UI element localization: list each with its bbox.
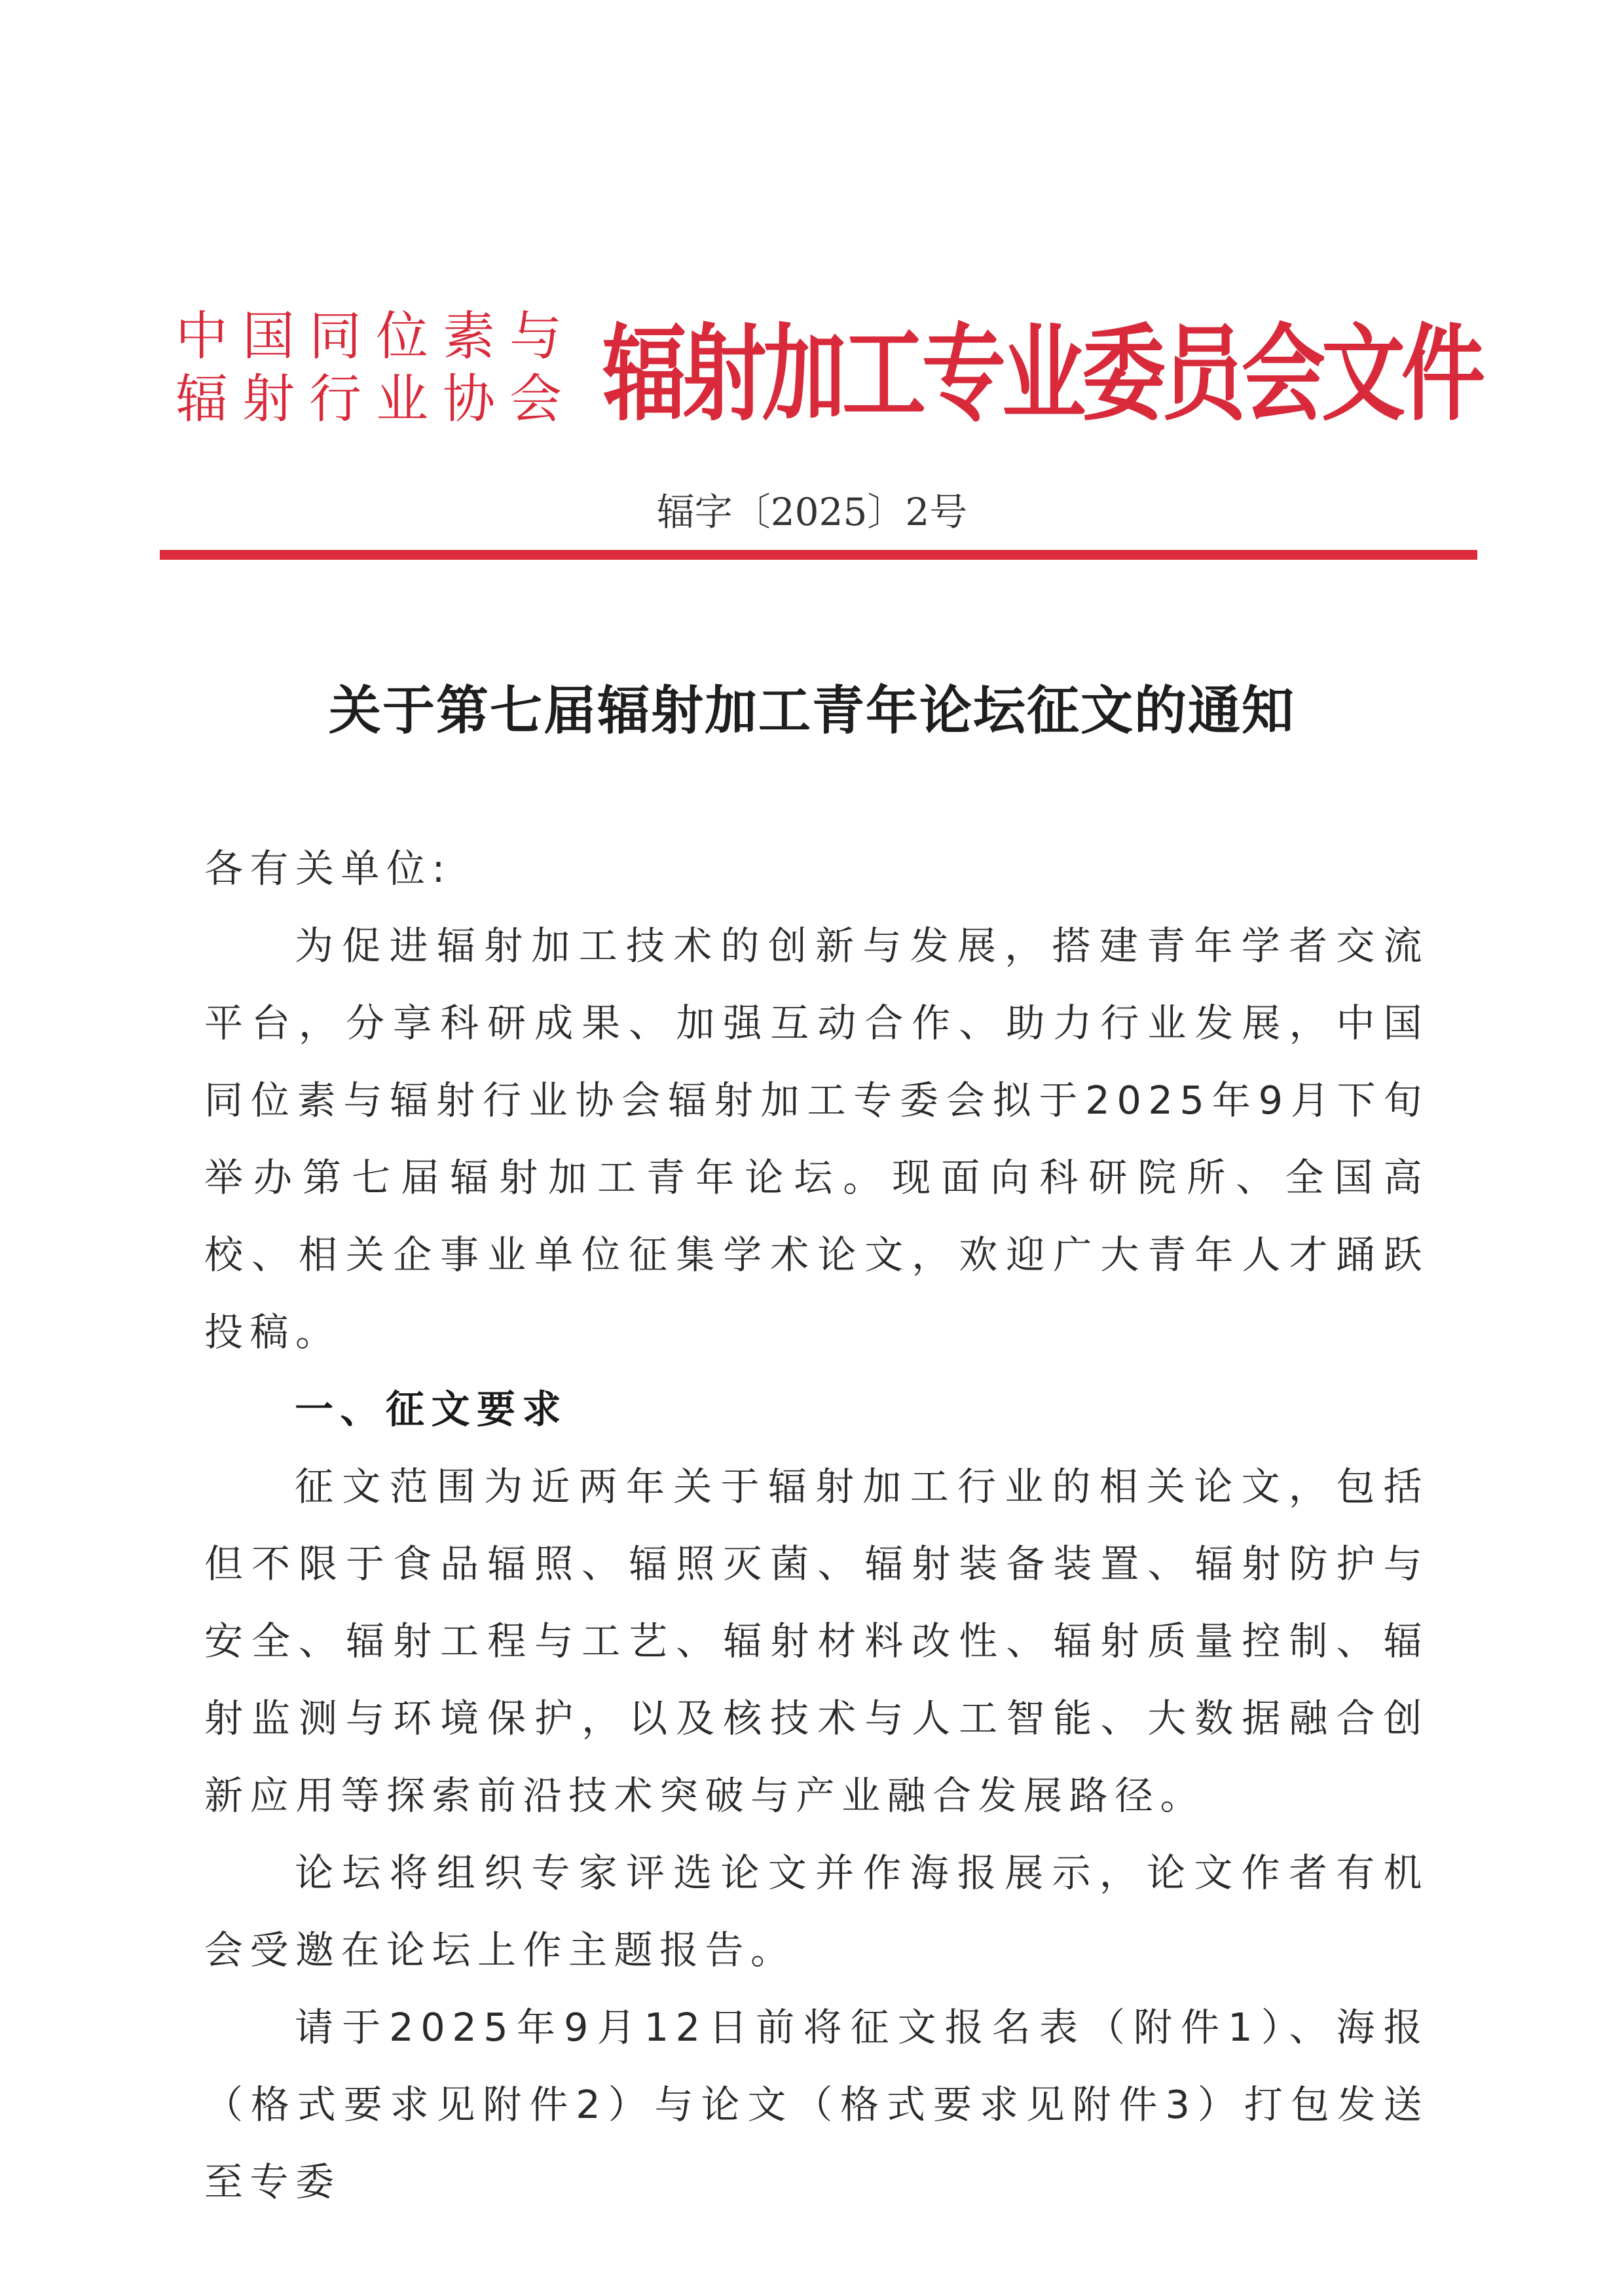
review-paragraph: 论坛将组织专家评选论文并作海报展示，论文作者有机会受邀在论坛上作主题报告。 (204, 1834, 1429, 1989)
salutation: 各有关单位: (204, 830, 1429, 907)
document-title: 关于第七届辐射加工青年论坛征文的通知 (0, 674, 1624, 746)
document-number: 辐字〔2025〕2号 (0, 486, 1624, 538)
issuing-organization: 中国同位素与 辐射行业协会 (175, 305, 581, 431)
red-divider-line (160, 550, 1477, 560)
scope-paragraph: 征文范围为近两年关于辐射加工行业的相关论文，包括但不限于食品辐照、辐照灭菌、辐射… (204, 1448, 1429, 1834)
submission-paragraph: 请于2025年9月12日前将征文报名表（附件1）、海报（格式要求见附件2）与论文… (204, 1989, 1429, 2221)
section-heading-requirements: 一、征文要求 (204, 1371, 1429, 1448)
document-body: 各有关单位: 为促进辐射加工技术的创新与发展，搭建青年学者交流平台，分享科研成果… (204, 830, 1429, 2221)
org-name-line1: 中国同位素与 (175, 305, 581, 368)
document-type-heading: 辐射加工专业委员会文件 (602, 293, 1428, 457)
intro-paragraph: 为促进辐射加工技术的创新与发展，搭建青年学者交流平台，分享科研成果、加强互动合作… (204, 907, 1429, 1371)
org-name-line2: 辐射行业协会 (175, 368, 581, 431)
